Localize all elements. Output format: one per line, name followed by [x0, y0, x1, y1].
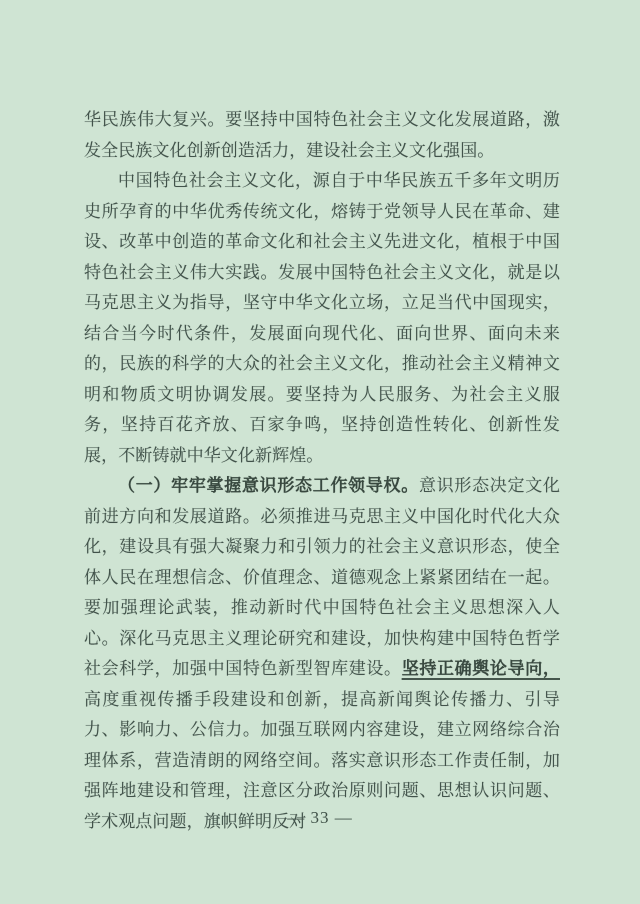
page-footer: — 33 — — [0, 806, 640, 830]
text-run: 中国特色社会主义文化，源自于中华民族五千多年文明历史所孕育的中华优秀传统文化，熔… — [84, 171, 560, 465]
text-block: 华民族伟大复兴。要坚持中国特色社会主义文化发展道路，激发全民族文化创新创造活力，… — [84, 105, 560, 837]
page-number: — 33 — — [287, 808, 353, 827]
underlined-emphasis-run: 坚持正确舆论导向， — [402, 659, 560, 678]
paragraph: （一）牢牢掌握意识形态工作领导权。意识形态决定文化前进方向和发展道路。必须推进马… — [84, 471, 560, 837]
document-page: 华民族伟大复兴。要坚持中国特色社会主义文化发展道路，激发全民族文化创新创造活力，… — [0, 0, 640, 904]
paragraph: 中国特色社会主义文化，源自于中华民族五千多年文明历史所孕育的中华优秀传统文化，熔… — [84, 166, 560, 471]
paragraph: 华民族伟大复兴。要坚持中国特色社会主义文化发展道路，激发全民族文化创新创造活力，… — [84, 105, 560, 166]
text-run: 意识形态决定文化前进方向和发展道路。必须推进马克思主义中国化时代化大众化，建设具… — [84, 476, 560, 678]
text-run: 华民族伟大复兴。要坚持中国特色社会主义文化发展道路，激发全民族文化创新创造活力，… — [84, 110, 560, 160]
section-heading-run: （一）牢牢掌握意识形态工作领导权。 — [118, 476, 419, 495]
